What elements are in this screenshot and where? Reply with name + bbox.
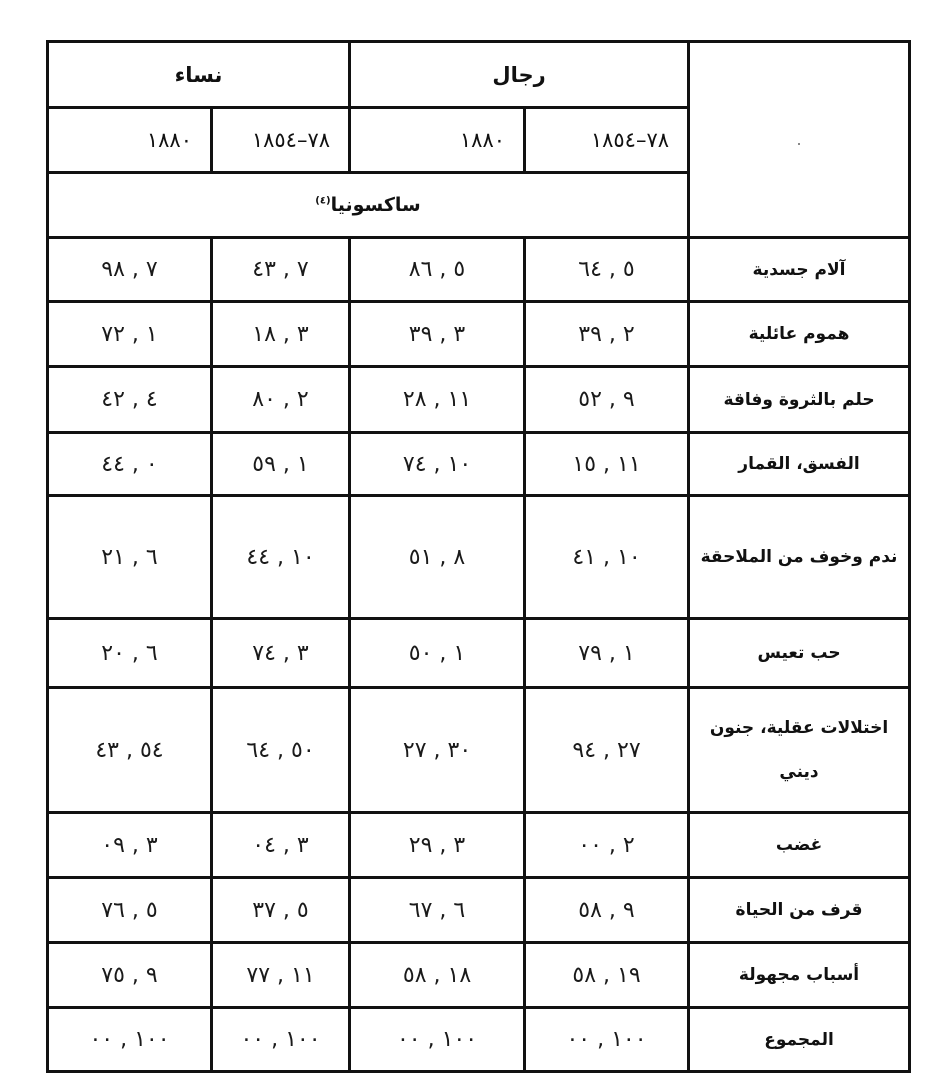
cell-men-late: ٦ , ٦٧: [350, 878, 525, 943]
cell-men-late: ٣ , ٢٩: [350, 813, 525, 878]
table-row: ٦ , ٢٠ ٣ , ٧٤ ١ , ٥٠ ١ , ٧٩ حب تعيس: [48, 619, 910, 688]
cell-men-late: ١ , ٥٠: [350, 619, 525, 688]
period-women-1854-78: ٧٨–١٨٥٤: [212, 108, 350, 173]
scan-dot: [798, 143, 800, 145]
cell-women-late: ١ , ٧٢: [48, 302, 212, 367]
row-label: المجموع: [689, 1008, 910, 1072]
row-label: حلم بالثروة وفاقة: [689, 367, 910, 433]
cell-women-early: ١٠ , ٤٤: [212, 496, 350, 619]
cell-men-late: ٨ , ٥١: [350, 496, 525, 619]
period-men-1854-78: ٧٨–١٨٥٤: [525, 108, 689, 173]
table-row: ٤ , ٤٢ ٢ , ٨٠ ١١ , ٢٨ ٩ , ٥٢ حلم بالثروة…: [48, 367, 910, 433]
cell-men-late: ٣ , ٣٩: [350, 302, 525, 367]
region-header: ساكسونيا(٤): [48, 173, 689, 238]
cell-women-early: ٥ , ٣٧: [212, 878, 350, 943]
cell-men-late: ١١ , ٢٨: [350, 367, 525, 433]
cell-men-early: ١ , ٧٩: [525, 619, 689, 688]
cell-women-early: ١٠٠ , ٠٠: [212, 1008, 350, 1072]
cell-women-late: ٧ , ٩٨: [48, 238, 212, 302]
cell-women-early: ٣ , ٠٤: [212, 813, 350, 878]
cell-women-late: ٦ , ٢٠: [48, 619, 212, 688]
cell-women-early: ٣ , ١٨: [212, 302, 350, 367]
cell-women-early: ١١ , ٧٧: [212, 943, 350, 1008]
cell-men-early: ٥ , ٦٤: [525, 238, 689, 302]
row-label: أسباب مجهولة: [689, 943, 910, 1008]
table-row: ٠ , ٤٤ ١ , ٥٩ ١٠ , ٧٤ ١١ , ١٥ الفسق، الق…: [48, 433, 910, 496]
cell-women-late: ٥ , ٧٦: [48, 878, 212, 943]
cell-men-early: ١٩ , ٥٨: [525, 943, 689, 1008]
table-row: ١ , ٧٢ ٣ , ١٨ ٣ , ٣٩ ٢ , ٣٩ هموم عائلية: [48, 302, 910, 367]
table-row: ٥ , ٧٦ ٥ , ٣٧ ٦ , ٦٧ ٩ , ٥٨ قرف من الحيا…: [48, 878, 910, 943]
cell-women-late: ٩ , ٧٥: [48, 943, 212, 1008]
table-row: ٩ , ٧٥ ١١ , ٧٧ ١٨ , ٥٨ ١٩ , ٥٨ أسباب مجه…: [48, 943, 910, 1008]
cell-women-late: ٥٤ , ٤٣: [48, 688, 212, 813]
cell-men-late: ١٨ , ٥٨: [350, 943, 525, 1008]
cell-women-early: ١ , ٥٩: [212, 433, 350, 496]
period-men-1880: ١٨٨٠: [350, 108, 525, 173]
row-label: هموم عائلية: [689, 302, 910, 367]
group-header-men: رجال: [350, 42, 689, 108]
region-footnote: (٤): [315, 196, 330, 207]
cell-men-early: ١٠٠ , ٠٠: [525, 1008, 689, 1072]
cell-women-early: ٢ , ٨٠: [212, 367, 350, 433]
row-label: آلام جسدية: [689, 238, 910, 302]
row-label: قرف من الحياة: [689, 878, 910, 943]
table-row: ٥٤ , ٤٣ ٥٠ , ٦٤ ٣٠ , ٢٧ ٢٧ , ٩٤ اختلالات…: [48, 688, 910, 813]
row-label: حب تعيس: [689, 619, 910, 688]
cell-women-late: ٦ , ٢١: [48, 496, 212, 619]
region-name: ساكسونيا: [331, 194, 421, 216]
cell-women-late: ٤ , ٤٢: [48, 367, 212, 433]
table-row: ٦ , ٢١ ١٠ , ٤٤ ٨ , ٥١ ١٠ , ٤١ ندم وخوف م…: [48, 496, 910, 619]
cell-women-early: ٧ , ٤٣: [212, 238, 350, 302]
cell-men-late: ١٠٠ , ٠٠: [350, 1008, 525, 1072]
cell-men-early: ٢٧ , ٩٤: [525, 688, 689, 813]
cell-men-early: ٩ , ٥٢: [525, 367, 689, 433]
cell-women-early: ٣ , ٧٤: [212, 619, 350, 688]
row-label: غضب: [689, 813, 910, 878]
cell-men-late: ٣٠ , ٢٧: [350, 688, 525, 813]
cell-men-late: ٥ , ٨٦: [350, 238, 525, 302]
cell-women-late: ٣ , ٠٩: [48, 813, 212, 878]
table-row: ٧ , ٩٨ ٧ , ٤٣ ٥ , ٨٦ ٥ , ٦٤ آلام جسدية: [48, 238, 910, 302]
cell-men-early: ١١ , ١٥: [525, 433, 689, 496]
cell-women-late: ١٠٠ , ٠٠: [48, 1008, 212, 1072]
cell-men-early: ٩ , ٥٨: [525, 878, 689, 943]
period-women-1880: ١٨٨٠: [48, 108, 212, 173]
corner-cell: [689, 42, 910, 238]
cell-men-early: ٢ , ٣٩: [525, 302, 689, 367]
cell-men-early: ١٠ , ٤١: [525, 496, 689, 619]
table-row-total: ١٠٠ , ٠٠ ١٠٠ , ٠٠ ١٠٠ , ٠٠ ١٠٠ , ٠٠ المج…: [48, 1008, 910, 1072]
suicide-causes-table: نساء رجال ١٨٨٠ ٧٨–١٨٥٤ ١٨٨٠ ٧٨–١٨٥٤ ساكس…: [46, 40, 911, 1073]
cell-men-early: ٢ , ٠٠: [525, 813, 689, 878]
table-row: ٣ , ٠٩ ٣ , ٠٤ ٣ , ٢٩ ٢ , ٠٠ غضب: [48, 813, 910, 878]
row-label: ندم وخوف من الملاحقة: [689, 496, 910, 619]
cell-men-late: ١٠ , ٧٤: [350, 433, 525, 496]
cell-women-late: ٠ , ٤٤: [48, 433, 212, 496]
cell-women-early: ٥٠ , ٦٤: [212, 688, 350, 813]
row-label: الفسق، القمار: [689, 433, 910, 496]
row-label: اختلالات عقلية، جنون ديني: [689, 688, 910, 813]
group-header-women: نساء: [48, 42, 350, 108]
